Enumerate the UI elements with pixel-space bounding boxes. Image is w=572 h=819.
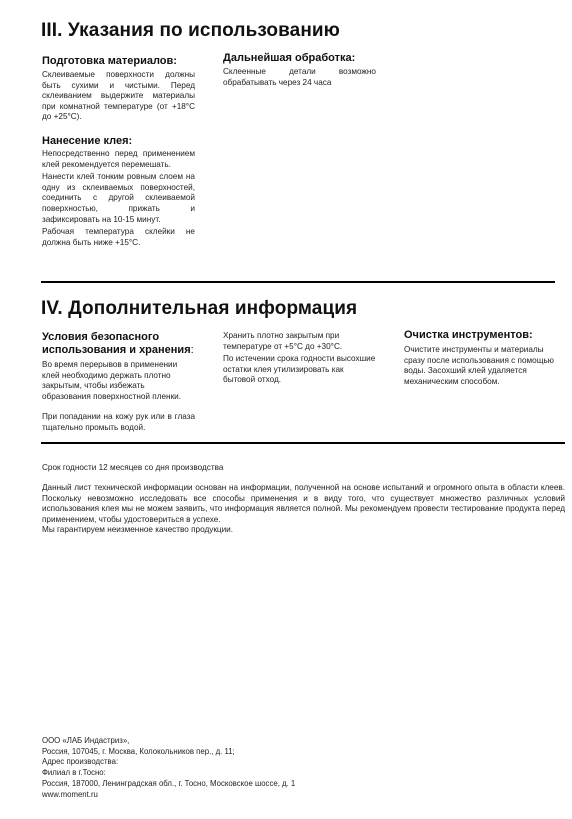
- safety-paragraph: При попадании на кожу рук или в глаза тщ…: [42, 412, 195, 433]
- disclaimer-block: Данный лист технической информации основ…: [42, 483, 565, 536]
- safety-block: Условия безопасного использования и хран…: [42, 331, 195, 434]
- disclaimer-text: Данный лист технической информации основ…: [42, 483, 565, 525]
- application-block: Нанесение клея: Непосредственно перед пр…: [42, 135, 195, 248]
- application-heading: Нанесение клея:: [42, 135, 195, 148]
- safety-heading: Условия безопасного использования и хран…: [42, 331, 195, 357]
- section-4-title: IV. Дополнительная информация: [41, 298, 357, 320]
- storage-block: Хранить плотно закрытым при температуре …: [223, 331, 376, 386]
- further-processing-text: Склеенные детали возможно обрабатывать ч…: [223, 67, 376, 88]
- preparation-heading: Подготовка материалов:: [42, 55, 195, 68]
- preparation-block: Подготовка материалов: Склеиваемые повер…: [42, 55, 195, 123]
- application-paragraph: Нанести клей тонким ровным слоем на одну…: [42, 172, 195, 225]
- footer-company: ООО «ЛАБ Индастриз»,: [42, 736, 442, 747]
- footer-website-link[interactable]: www.moment.ru: [42, 790, 442, 801]
- cleaning-heading: Очистка инструментов:: [404, 329, 554, 342]
- section-divider: [41, 442, 565, 444]
- footer-address: ООО «ЛАБ Индастриз», Россия, 107045, г. …: [42, 736, 442, 800]
- preparation-text: Склеиваемые поверхности должны быть сухи…: [42, 70, 195, 123]
- cleaning-text: Очистите инструменты и материалы сразу п…: [404, 345, 554, 387]
- footer-office-address: Россия, 107045, г. Москва, Колокольников…: [42, 747, 442, 758]
- application-paragraph: Рабочая температура склейки не должна бы…: [42, 227, 195, 248]
- section-divider: [41, 281, 555, 283]
- shelf-life-text: Срок годности 12 месяцев со дня производ…: [42, 463, 562, 474]
- further-processing-block: Дальнейшая обработка: Склеенные детали в…: [223, 52, 376, 88]
- further-processing-heading: Дальнейшая обработка:: [223, 52, 376, 65]
- safety-paragraph: Во время перерывов в применении клей нео…: [42, 360, 195, 402]
- footer-branch: Филиал в г.Тосно:: [42, 768, 442, 779]
- application-paragraph: Непосредственно перед применением клей р…: [42, 149, 195, 170]
- footer-production-address: Россия, 187000, Ленинградская обл., г. Т…: [42, 779, 442, 790]
- storage-paragraph: Хранить плотно закрытым при температуре …: [223, 331, 376, 352]
- section-3-title: III. Указания по использованию: [41, 20, 340, 42]
- footer-production-label: Адрес производства:: [42, 757, 442, 768]
- storage-paragraph: По истечении срока годности высохшие ост…: [223, 354, 376, 386]
- guarantee-text: Мы гарантируем неизменное качество проду…: [42, 525, 565, 536]
- cleaning-block: Очистка инструментов: Очистите инструмен…: [404, 329, 554, 387]
